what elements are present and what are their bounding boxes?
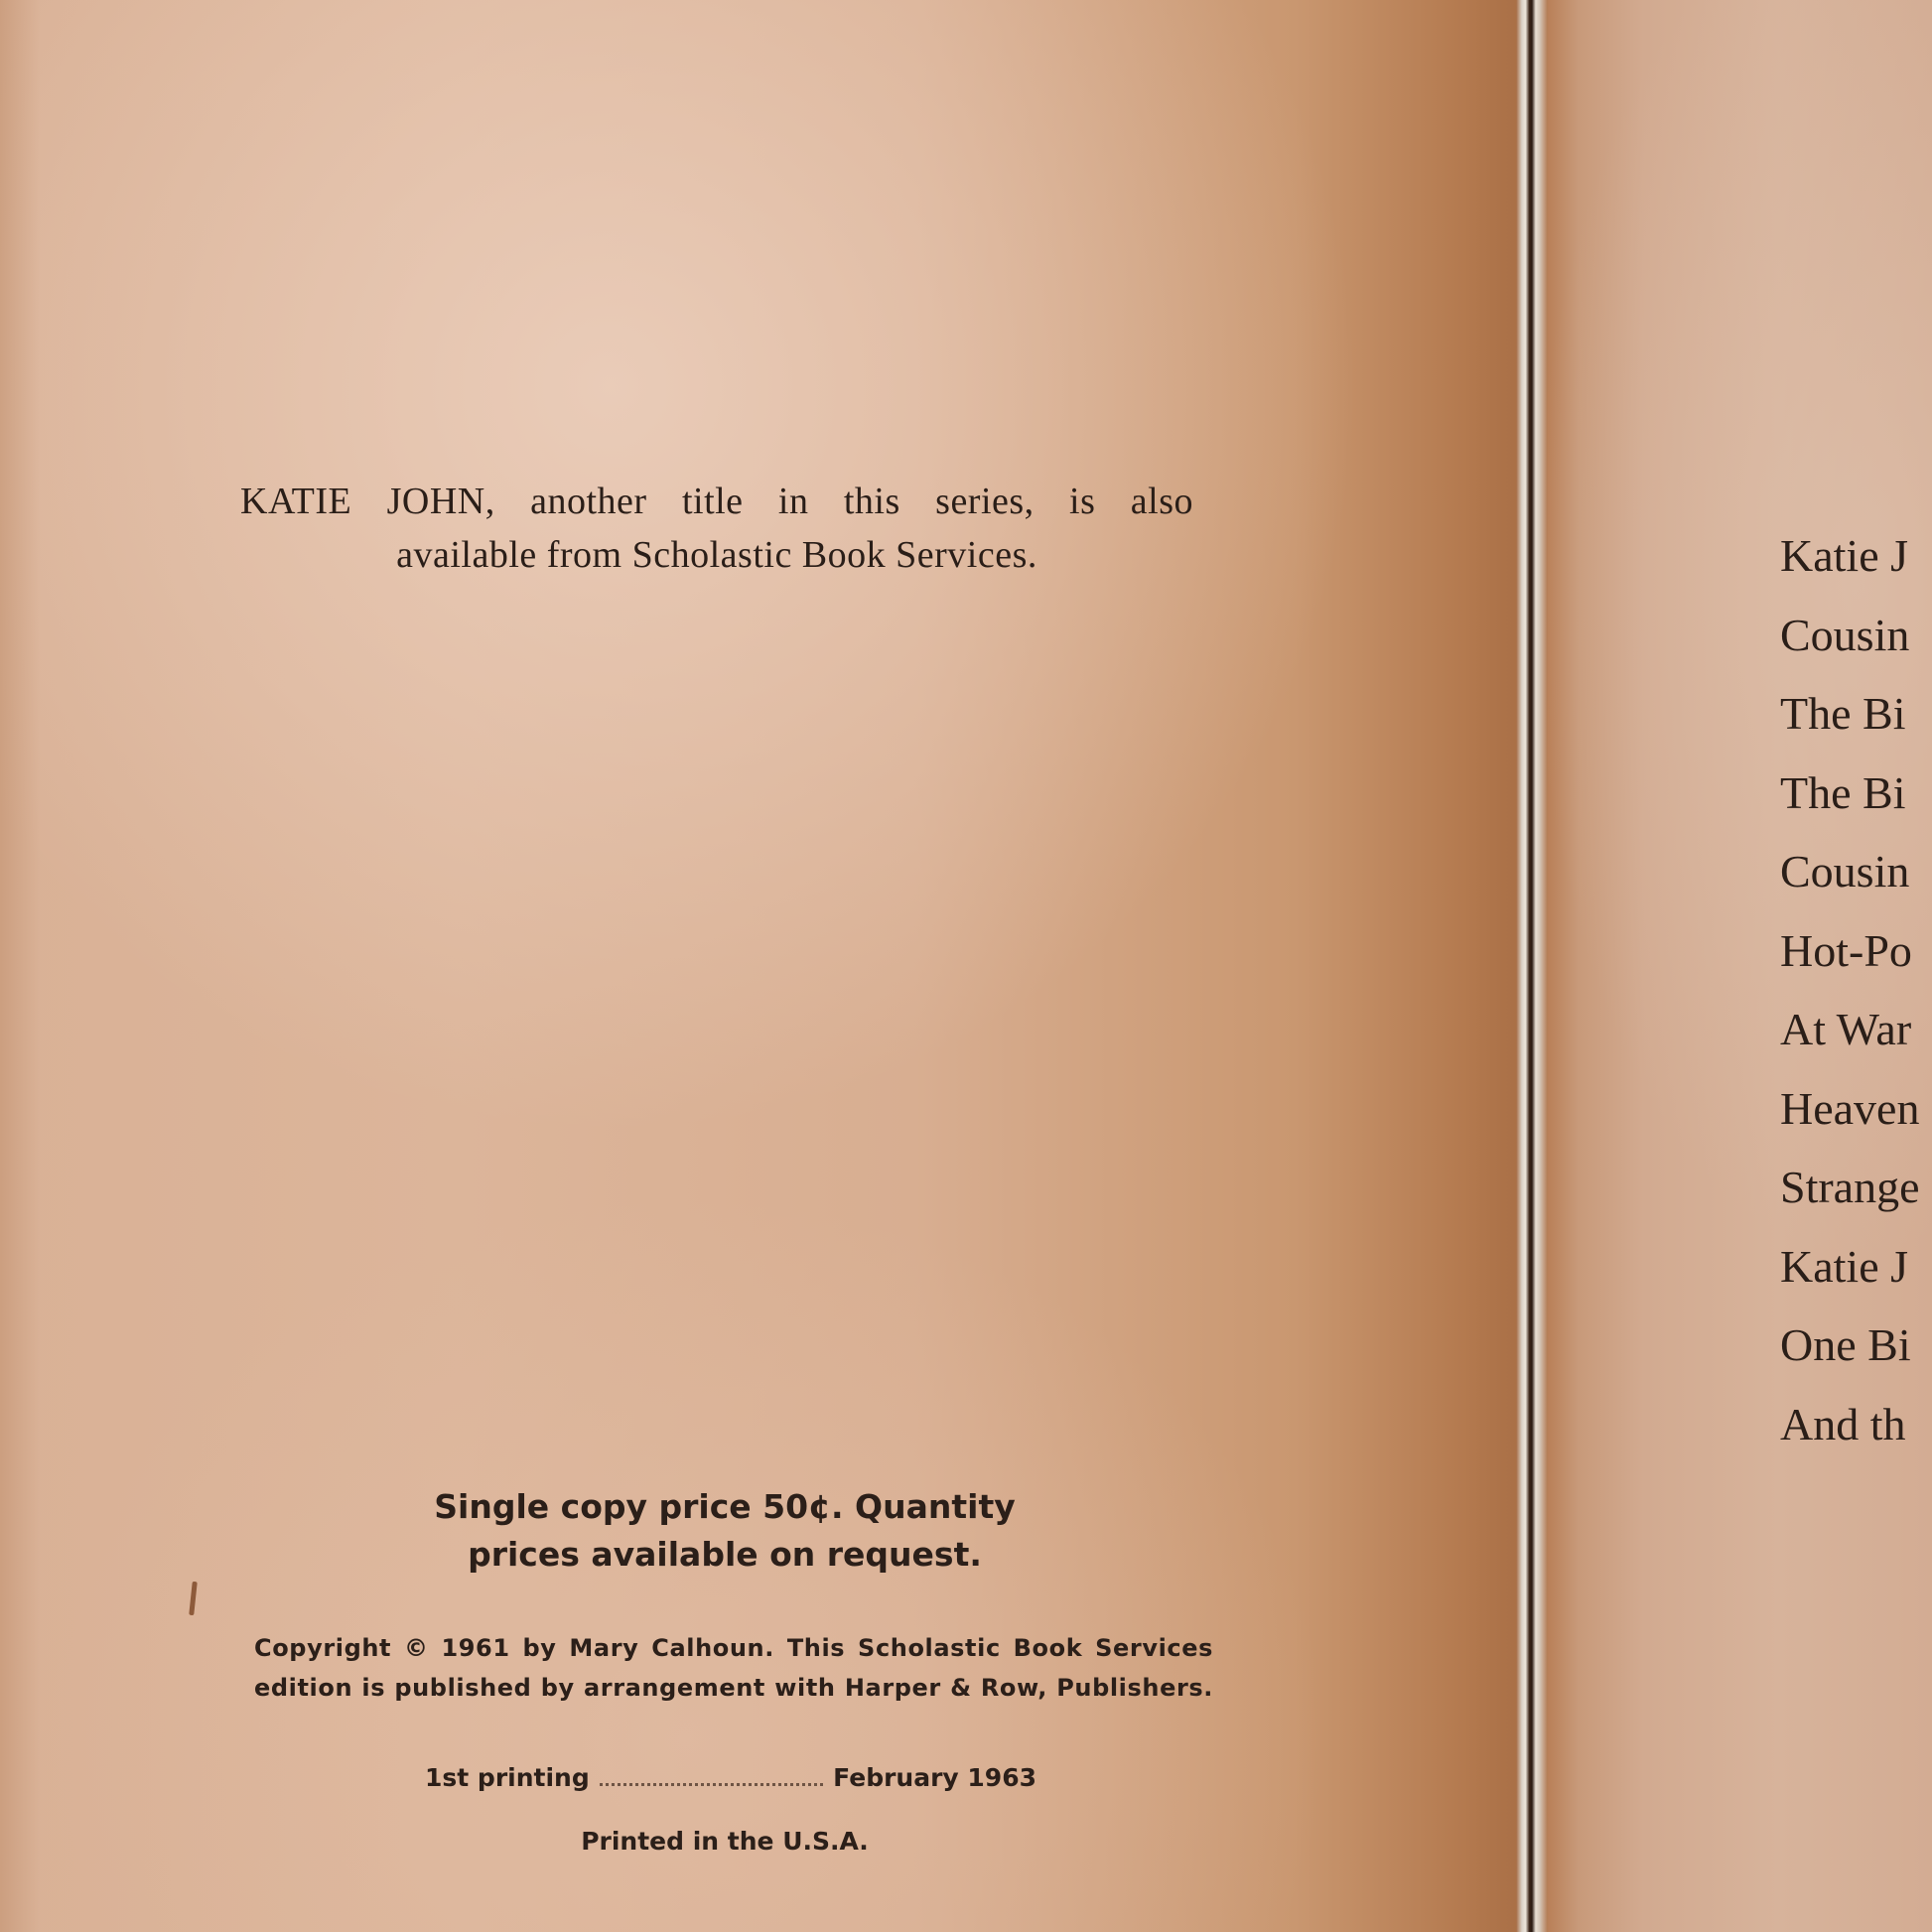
- printed-in-notice: Printed in the U.S.A.: [516, 1827, 933, 1856]
- list-item: Katie J: [1780, 1237, 1920, 1316]
- book-gutter: [1516, 0, 1548, 1932]
- series-note-line-2: available from Scholastic Book Services.: [240, 528, 1193, 582]
- list-item: Katie J: [1780, 526, 1920, 606]
- ink-stain-mark: [189, 1582, 198, 1615]
- copyright-line-1: Copyright © 1961 by Mary Calhoun. This S…: [254, 1628, 1213, 1668]
- left-page: KATIE JOHN, another title in this series…: [0, 0, 1524, 1932]
- printing-label: 1st printing: [425, 1763, 590, 1792]
- list-item: The Bi: [1780, 684, 1920, 763]
- list-item: At War: [1780, 1000, 1920, 1079]
- list-item: Hot-Po: [1780, 921, 1920, 1001]
- price-line-1: Single copy price 50¢. Quantity: [417, 1483, 1033, 1531]
- copyright-line-2: edition is published by arrangement with…: [254, 1668, 1213, 1708]
- printing-line: 1st printing February 1963: [425, 1763, 1036, 1792]
- printing-date: February 1963: [833, 1763, 1036, 1792]
- dot-leader: [600, 1765, 823, 1786]
- list-item: Heaven: [1780, 1079, 1920, 1159]
- list-item: Cousin: [1780, 606, 1920, 685]
- price-line-2: prices available on request.: [417, 1531, 1033, 1579]
- price-notice: Single copy price 50¢. Quantity prices a…: [417, 1483, 1033, 1579]
- list-item: Cousin: [1780, 842, 1920, 921]
- list-item: And th: [1780, 1395, 1920, 1474]
- series-note: KATIE JOHN, another title in this series…: [240, 475, 1193, 582]
- right-page: Katie J Cousin The Bi The Bi Cousin Hot-…: [1548, 0, 1932, 1932]
- list-item: One Bi: [1780, 1315, 1920, 1395]
- series-note-line-1: KATIE JOHN, another title in this series…: [240, 475, 1193, 528]
- copyright-notice: Copyright © 1961 by Mary Calhoun. This S…: [254, 1628, 1213, 1708]
- list-item: Strange: [1780, 1158, 1920, 1237]
- title-list: Katie J Cousin The Bi The Bi Cousin Hot-…: [1780, 526, 1920, 1473]
- list-item: The Bi: [1780, 763, 1920, 843]
